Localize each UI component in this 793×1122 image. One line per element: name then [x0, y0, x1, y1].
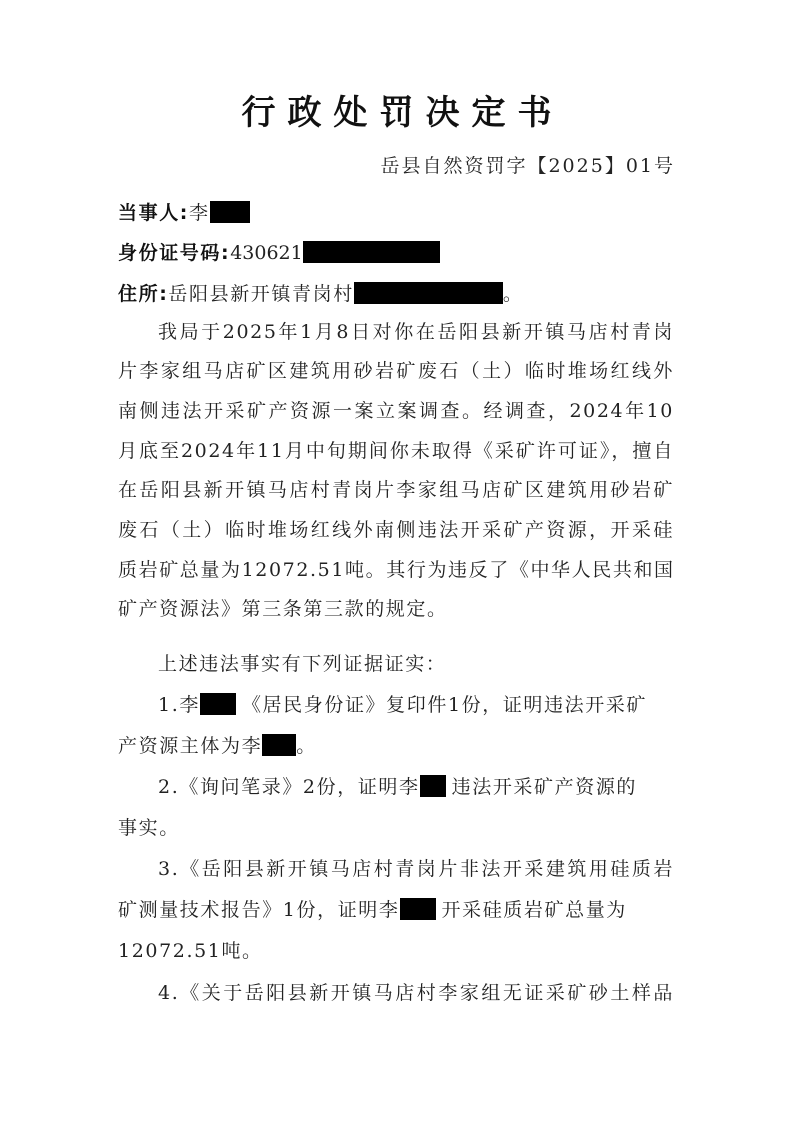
- redaction-box: [303, 241, 440, 263]
- party-address-line: 住所:岳阳县新开镇青岗村。: [118, 278, 674, 310]
- document-title: 行政处罚决定书: [0, 88, 793, 138]
- body-line: 我局于2025年1月8日对你在岳阳县新开镇马店村青岗: [118, 316, 674, 348]
- evidence-text: 。: [296, 735, 317, 757]
- evidence-item-3-cont: 12072.51吨。: [118, 935, 674, 967]
- redaction-box: [200, 693, 236, 715]
- evidence-text: 矿测量技术报告》1份，证明李: [118, 899, 400, 921]
- redaction-box: [400, 898, 436, 920]
- body-line: 质岩矿总量为12072.51吨。其行为违反了《中华人民共和国: [118, 554, 674, 586]
- evidence-item-2-cont: 事实。: [118, 812, 674, 844]
- redaction-box: [420, 775, 446, 797]
- evidence-item-3-cont: 矿测量技术报告》1份，证明李开采硅质岩矿总量为: [118, 894, 674, 926]
- party-address-visible: 岳阳县新开镇青岗村: [168, 283, 353, 305]
- body-line: 月底至2024年11月中旬期间你未取得《采矿许可证》，擅自: [118, 435, 674, 467]
- evidence-item-1-cont: 产资源主体为李。: [118, 730, 674, 762]
- evidence-intro: 上述违法事实有下列证据证实：: [118, 648, 674, 680]
- body-line: 南侧违法开采矿产资源一案立案调查。经调查，2024年10: [118, 395, 674, 427]
- evidence-item-2: 2.《询问笔录》2份，证明李违法开采矿产资源的: [118, 771, 674, 803]
- evidence-text: 违法开采矿产资源的: [452, 776, 637, 798]
- party-id-label: 身份证号码:: [118, 242, 230, 264]
- redaction-box: [262, 734, 296, 756]
- body-line: 废石（土）临时堆场红线外南侧违法开采矿产资源，开采硅: [118, 514, 674, 546]
- evidence-text: 2.《询问笔录》2份，证明李: [158, 776, 420, 798]
- party-name-line: 当事人:李: [118, 197, 674, 229]
- redaction-box: [354, 282, 503, 304]
- party-name-visible: 李: [189, 202, 210, 224]
- document-page: 行政处罚决定书 岳县自然资罚字【2025】01号 当事人:李 身份证号码:430…: [0, 0, 793, 1122]
- party-id-visible: 430621: [230, 242, 303, 264]
- party-id-line: 身份证号码:430621: [118, 237, 674, 269]
- redaction-box: [210, 201, 250, 223]
- evidence-text: 产资源主体为李: [118, 735, 262, 757]
- evidence-item-1: 1.李《居民身份证》复印件1份，证明违法开采矿: [118, 689, 674, 721]
- evidence-text: 开采硅质岩矿总量为: [442, 899, 627, 921]
- party-address-label: 住所:: [118, 283, 168, 305]
- evidence-text: 1.李: [158, 694, 200, 716]
- body-line: 片李家组马店矿区建筑用砂岩矿废石（土）临时堆场红线外: [118, 355, 674, 387]
- body-line: 矿产资源法》第三条第三款的规定。: [118, 593, 674, 625]
- evidence-item-4: 4.《关于岳阳县新开镇马店村李家组无证采矿砂土样品: [118, 977, 674, 1009]
- evidence-item-3: 3.《岳阳县新开镇马店村青岗片非法开采建筑用硅质岩: [118, 853, 674, 885]
- body-line: 在岳阳县新开镇马店村青岗片李家组马店矿区建筑用砂岩矿: [118, 474, 674, 506]
- party-name-label: 当事人:: [118, 202, 189, 224]
- document-number: 岳县自然资罚字【2025】01号: [380, 150, 675, 182]
- evidence-text: 《居民身份证》复印件1份，证明违法开采矿: [242, 694, 647, 716]
- party-address-end: 。: [503, 283, 524, 305]
